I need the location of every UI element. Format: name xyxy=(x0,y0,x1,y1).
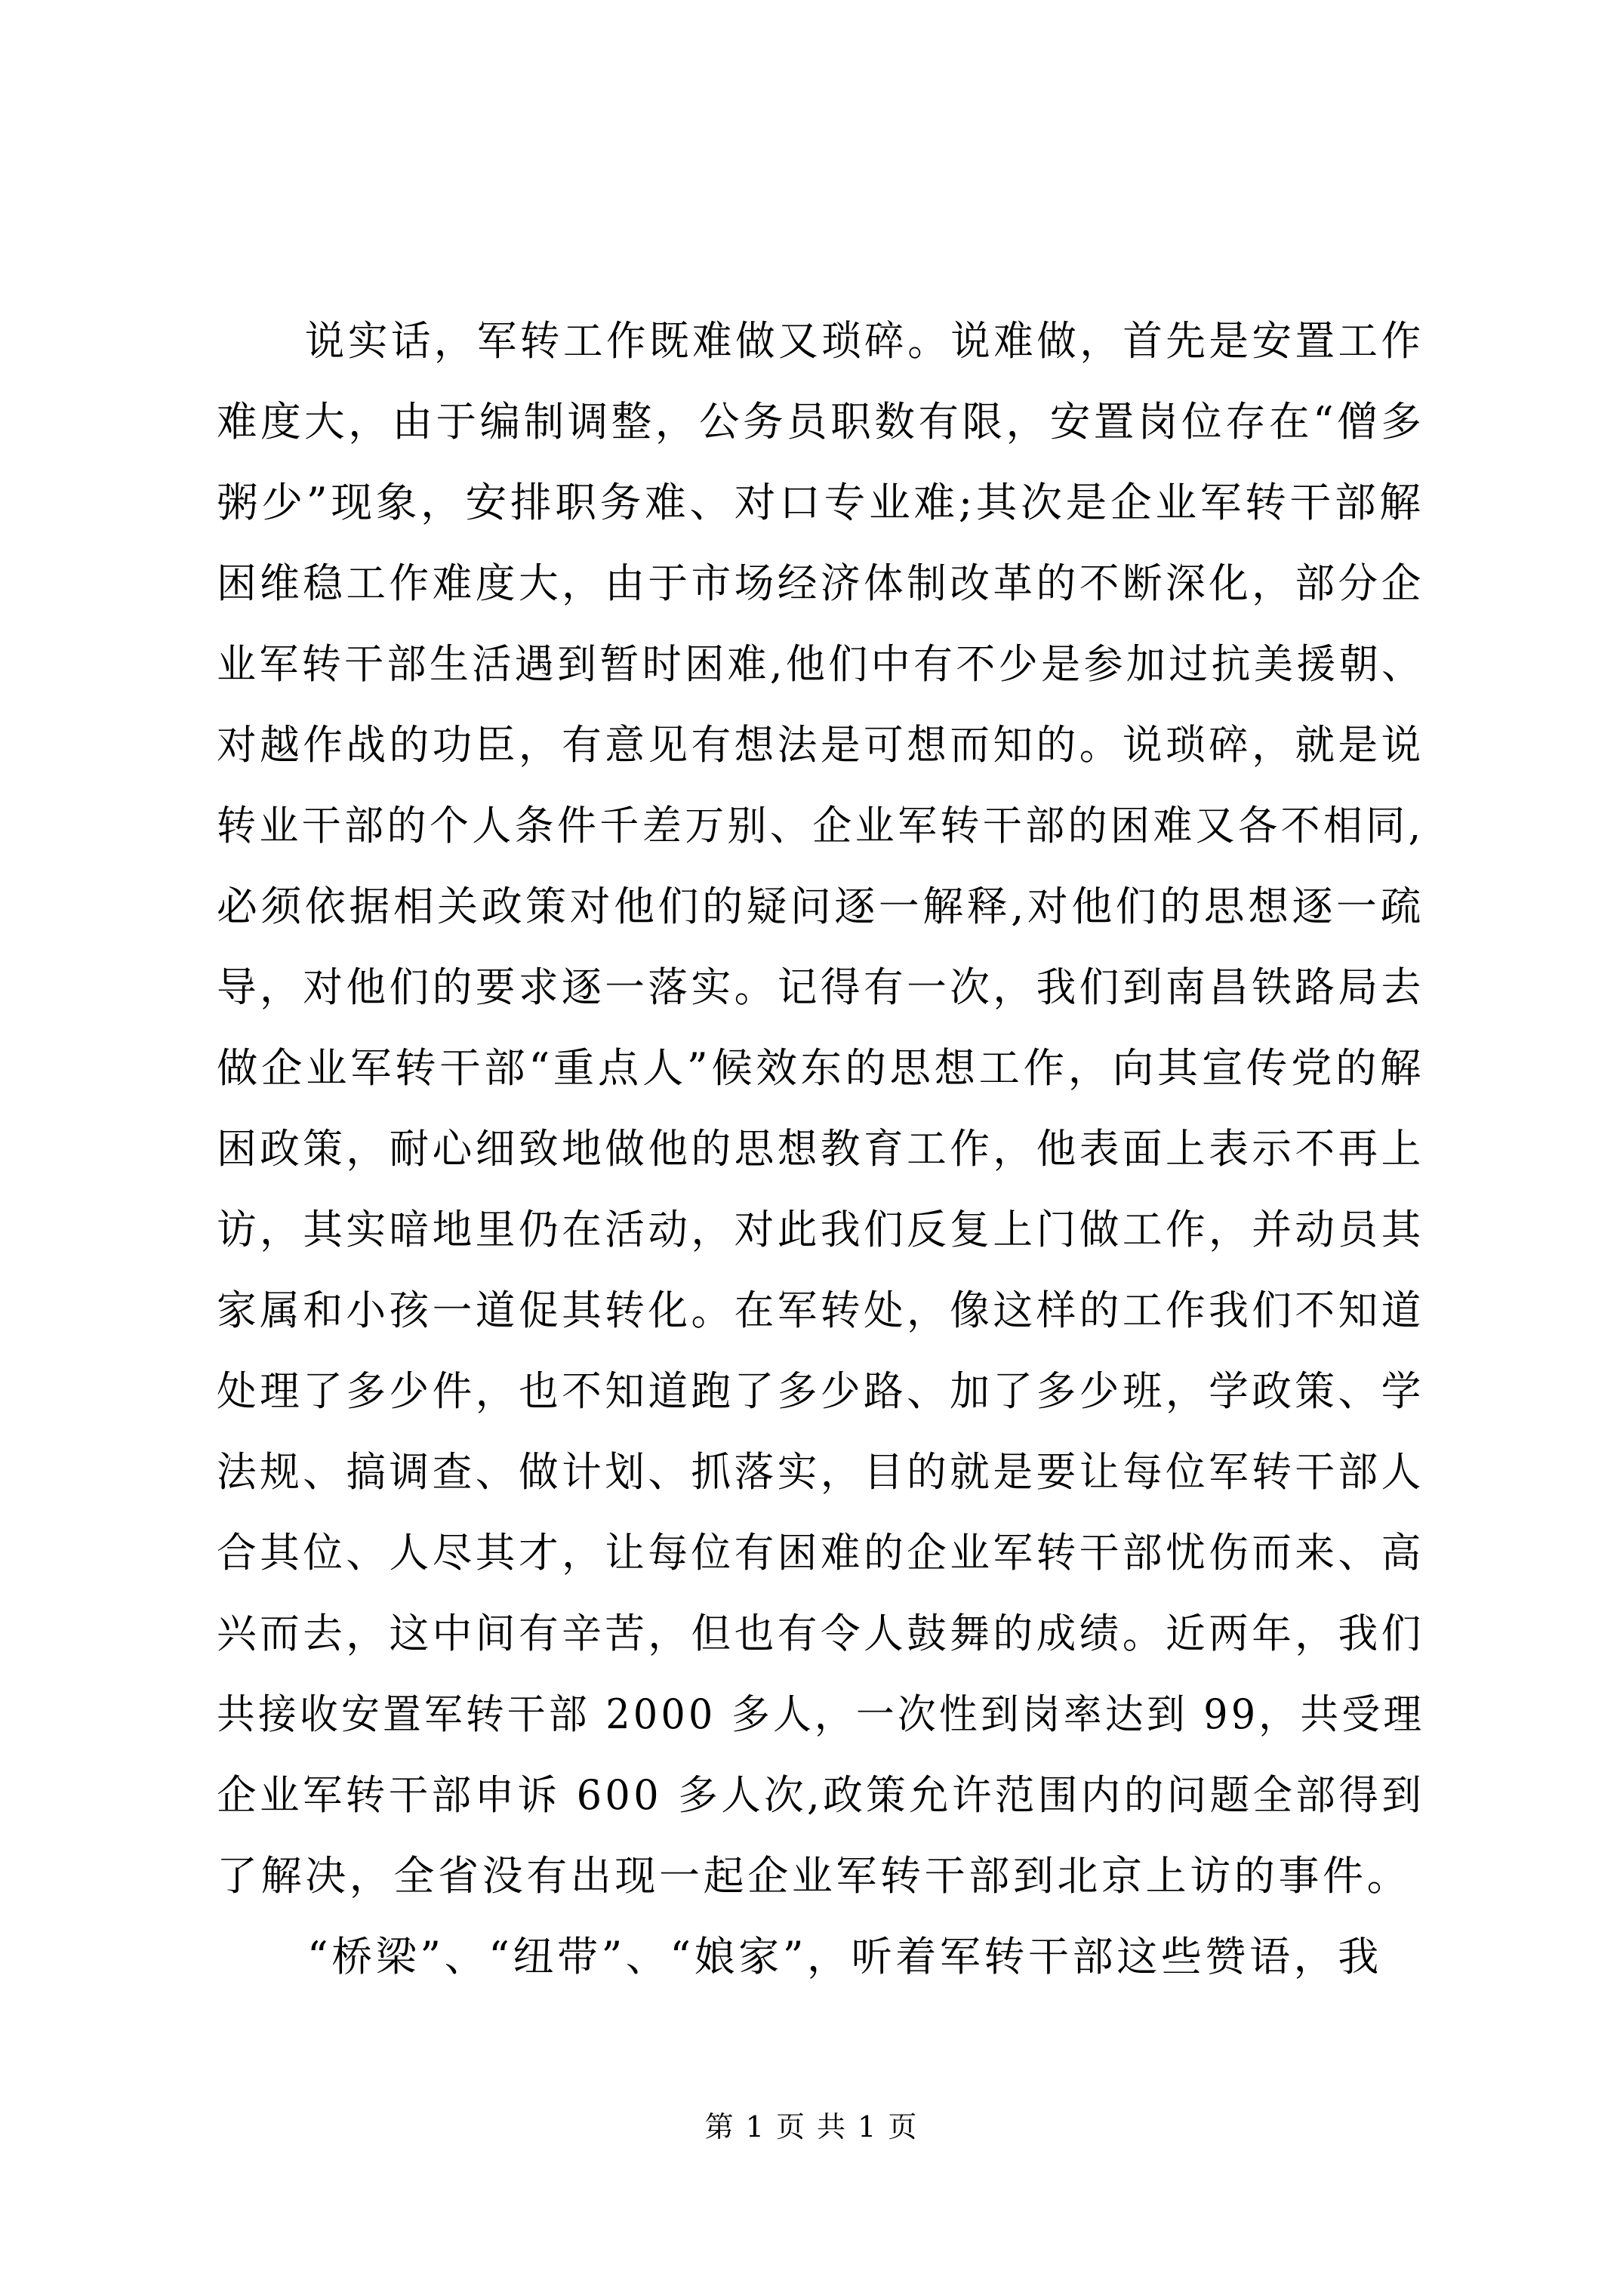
page-number-indicator: 第 1 页 共 1 页 xyxy=(705,2110,919,2143)
document-page: 说实话，军转工作既难做又琐碎。说难做，首先是安置工作 难度大，由于编制调整，公务… xyxy=(0,0,1623,2296)
paragraph-2: “桥梁”、“纽带”、“娘家”，听着军转干部这些赞语，我 xyxy=(217,1916,1424,1997)
text-line: 转业干部的个人条件千差万别、企业军转干部的困难又各不相同, xyxy=(217,785,1378,866)
text-line: 法规、搞调查、做计划、抓落实，目的就是要让每位军转干部人 xyxy=(217,1432,1394,1512)
text-line: 必须依据相关政策对他们的疑问逐一解释,对他们的思想逐一疏 xyxy=(217,866,1421,947)
text-line: 处理了多少件，也不知道跑了多少路、加了多少班，学政策、学 xyxy=(217,1351,1394,1432)
text-line: 导，对他们的要求逐一落实。记得有一次，我们到南昌铁路局去 xyxy=(217,947,1394,1028)
page-footer: 第 1 页 共 1 页 xyxy=(0,2108,1623,2146)
text-line: 粥少”现象，安排职务难、对口专业难;其次是企业军转干部解 xyxy=(217,462,1440,543)
text-line: 困维稳工作难度大，由于市场经济体制改革的不断深化，部分企 xyxy=(217,543,1394,624)
text-line: 难度大，由于编制调整，公务员职数有限，安置岗位存在“僧多 xyxy=(217,381,1414,462)
text-line: 家属和小孩一道促其转化。在军转处，像这样的工作我们不知道 xyxy=(217,1270,1394,1351)
text-line: 说实话，军转工作既难做又琐碎。说难做，首先是安置工作 xyxy=(217,300,1392,381)
paragraph-1: 说实话，军转工作既难做又琐碎。说难做，首先是安置工作 难度大，由于编制调整，公务… xyxy=(217,300,1424,1916)
text-line: 共接收安置军转干部 2000 多人，一次性到岗率达到 99，共受理 xyxy=(217,1674,1350,1755)
text-line: 对越作战的功臣，有意见有想法是可想而知的。说琐碎，就是说 xyxy=(217,704,1394,785)
text-line: 了解决，全省没有出现一起企业军转干部到北京上访的事件。 xyxy=(217,1835,1424,1916)
text-line: 做企业军转干部“重点人”候效东的思想工作，向其宣传党的解 xyxy=(217,1028,1434,1108)
text-line: 访，其实暗地里仍在活动，对此我们反复上门做工作，并动员其 xyxy=(217,1189,1394,1270)
text-line: 兴而去，这中间有辛苦，但也有令人鼓舞的成绩。近两年，我们 xyxy=(217,1593,1394,1674)
text-line: 合其位、人尽其才，让每位有困难的企业军转干部忧伤而来、高 xyxy=(217,1512,1394,1593)
text-line: 困政策，耐心细致地做他的思想教育工作，他表面上表示不再上 xyxy=(217,1108,1394,1189)
text-line: “桥梁”、“纽带”、“娘家”，听着军转干部这些赞语，我 xyxy=(217,1916,1424,1997)
document-body: 说实话，军转工作既难做又琐碎。说难做，首先是安置工作 难度大，由于编制调整，公务… xyxy=(217,300,1424,1997)
text-line: 企业军转干部申诉 600 多人次,政策允许范围内的问题全部得到 xyxy=(217,1755,1390,1835)
text-line: 业军转干部生活遇到暂时困难,他们中有不少是参加过抗美援朝、 xyxy=(217,624,1378,704)
